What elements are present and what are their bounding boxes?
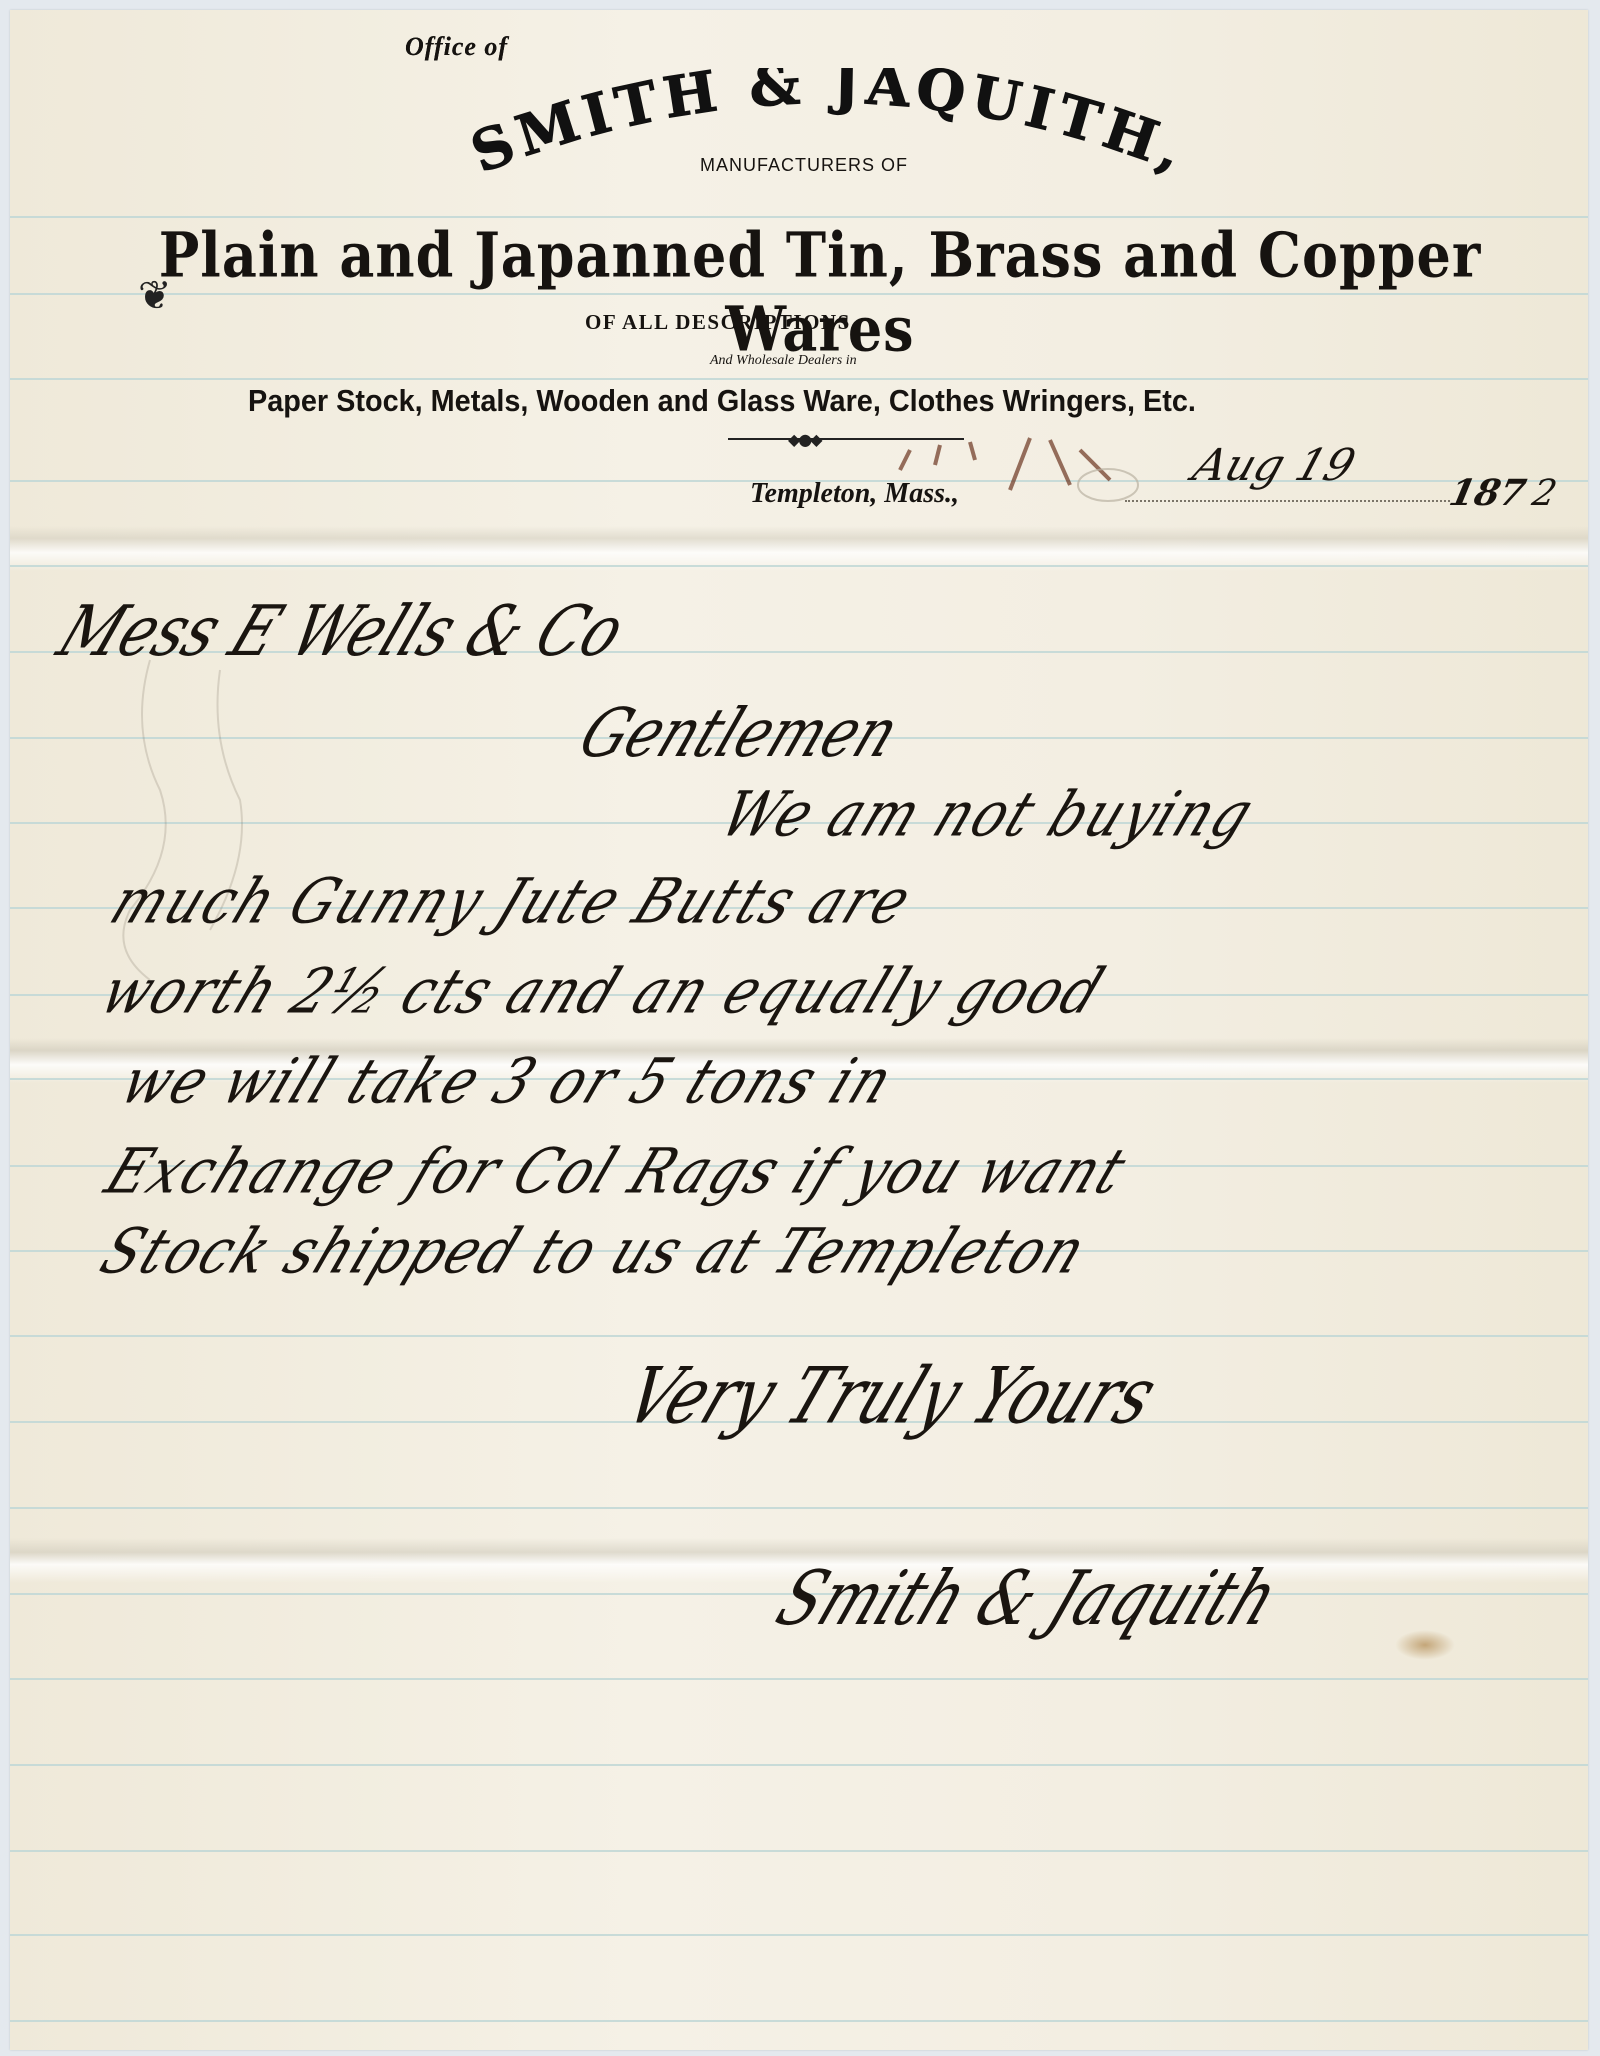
- ruled-line: [10, 1507, 1588, 1509]
- rust-pen-marks: [880, 430, 1140, 510]
- body-line: much Gunny Jute Butts are: [101, 865, 924, 937]
- letterhead-descriptions: OF ALL DESCRIPTIONS,: [585, 310, 858, 335]
- fleuron-ornament-icon: ❦: [138, 272, 172, 319]
- letter-sheet: Office of SMITH & JAQUITH, MANUFACTURERS…: [10, 10, 1588, 2050]
- ruled-line: [10, 1764, 1588, 1766]
- ink-smudge: [1395, 1630, 1455, 1660]
- date-dotted-line: [1125, 500, 1450, 502]
- ruled-line: [10, 1850, 1588, 1852]
- ruled-line: [10, 1934, 1588, 1936]
- letterhead-products: Plain and Japanned Tin, Brass and Copper…: [130, 218, 1510, 365]
- letterhead-wholesale: And Wholesale Dealers in: [710, 353, 857, 369]
- body-line: Stock shipped to us at Templeton: [91, 1215, 1098, 1287]
- letterhead-dealers-in: Paper Stock, Metals, Wooden and Glass Wa…: [248, 383, 1196, 419]
- signature: Smith & Jaquith: [765, 1555, 1291, 1643]
- ink-bleed-through: [90, 650, 290, 990]
- closing: Very Truly Yours: [613, 1350, 1170, 1441]
- greeting: Gentlemen: [568, 695, 909, 773]
- ruled-line: [10, 378, 1588, 380]
- ruled-line: [10, 1678, 1588, 1680]
- handwritten-date: Aug 19: [1187, 440, 1362, 491]
- addressee: Mess E Wells & Co: [47, 590, 636, 672]
- ruled-line: [10, 2020, 1588, 2022]
- year-handwritten-digit: 2: [1529, 473, 1561, 514]
- body-line: worth 2½ cts and an equally good: [91, 955, 1116, 1027]
- body-line: we will take 3 or 5 tons in: [111, 1045, 905, 1117]
- ruled-line: [10, 1335, 1588, 1337]
- divider-ornament-icon: ◆●◆: [788, 430, 821, 449]
- dateline-year: 1872: [1446, 472, 1561, 514]
- body-line: Exchange for Col Rags if you want: [96, 1135, 1138, 1207]
- letterhead-office-of: Office of: [405, 32, 508, 62]
- letterhead-manufacturers-of: MANUFACTURERS OF: [700, 155, 908, 176]
- year-printed-prefix: 187: [1446, 472, 1530, 514]
- body-line: We am not buying: [711, 778, 1266, 850]
- ruled-line: [10, 565, 1588, 567]
